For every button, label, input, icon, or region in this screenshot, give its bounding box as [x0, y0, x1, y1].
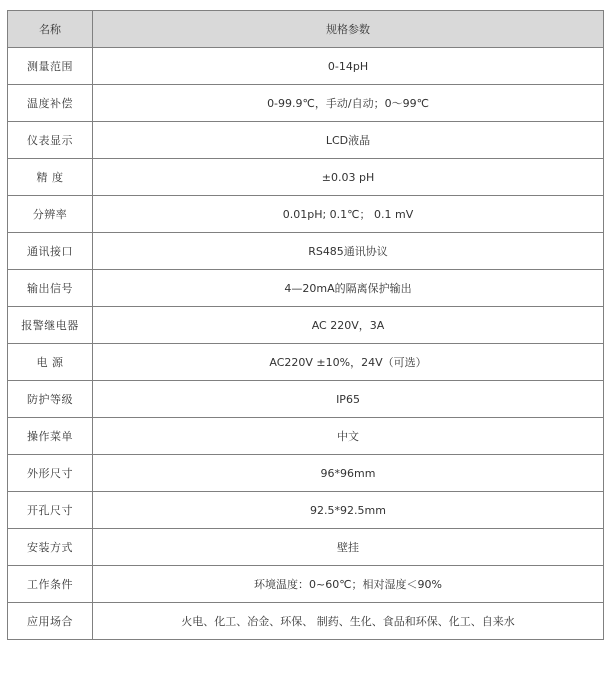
table-row: 报警继电器 AC 220V，3A [8, 307, 604, 344]
table-row: 通讯接口 RS485通讯协议 [8, 233, 604, 270]
row-name-alarm-relay: 报警继电器 [8, 307, 93, 344]
row-name-temp-compensation: 温度补偿 [8, 85, 93, 122]
row-value-menu-language: 中文 [93, 418, 604, 455]
row-value-display: LCD液晶 [93, 122, 604, 159]
row-value-resolution: 0.01pH; 0.1℃； 0.1 mV [93, 196, 604, 233]
row-name-protection-level: 防护等级 [8, 381, 93, 418]
table-row: 安装方式 壁挂 [8, 529, 604, 566]
row-value-temp-compensation: 0-99.9℃，手动/自动；0〜99℃ [93, 85, 604, 122]
row-value-output-signal: 4—20mA的隔离保护输出 [93, 270, 604, 307]
row-name-cutout-size: 开孔尺寸 [8, 492, 93, 529]
table-row: 外形尺寸 96*96mm [8, 455, 604, 492]
table-row: 应用场合 火电、化工、冶金、环保、 制药、生化、食品和环保、化工、自来水 [8, 603, 604, 640]
row-value-cutout-size: 92.5*92.5mm [93, 492, 604, 529]
row-value-measure-range: 0-14pH [93, 48, 604, 85]
row-name-accuracy: 精 度 [8, 159, 93, 196]
table-row: 温度补偿 0-99.9℃，手动/自动；0〜99℃ [8, 85, 604, 122]
header-name: 名称 [8, 11, 93, 48]
table-row: 精 度 ±0.03 pH [8, 159, 604, 196]
table-row: 开孔尺寸 92.5*92.5mm [8, 492, 604, 529]
table-row: 防护等级 IP65 [8, 381, 604, 418]
row-name-installation: 安装方式 [8, 529, 93, 566]
row-name-power: 电 源 [8, 344, 93, 381]
row-value-alarm-relay: AC 220V，3A [93, 307, 604, 344]
table-header-row: 名称 规格参数 [8, 11, 604, 48]
table-row: 仪表显示 LCD液晶 [8, 122, 604, 159]
table-row: 工作条件 环境温度：0~60℃；相对湿度＜90% [8, 566, 604, 603]
row-name-applications: 应用场合 [8, 603, 93, 640]
spec-table: 名称 规格参数 测量范围 0-14pH 温度补偿 0-99.9℃，手动/自动；0… [7, 10, 604, 640]
row-name-display: 仪表显示 [8, 122, 93, 159]
table-row: 电 源 AC220V ±10%，24V（可选） [8, 344, 604, 381]
table-row: 输出信号 4—20mA的隔离保护输出 [8, 270, 604, 307]
header-value: 规格参数 [93, 11, 604, 48]
row-name-working-conditions: 工作条件 [8, 566, 93, 603]
table-row: 操作菜单 中文 [8, 418, 604, 455]
row-value-installation: 壁挂 [93, 529, 604, 566]
row-name-outer-dimensions: 外形尺寸 [8, 455, 93, 492]
row-value-outer-dimensions: 96*96mm [93, 455, 604, 492]
row-name-menu-language: 操作菜单 [8, 418, 93, 455]
row-value-protection-level: IP65 [93, 381, 604, 418]
row-name-resolution: 分辨率 [8, 196, 93, 233]
table-row: 分辨率 0.01pH; 0.1℃； 0.1 mV [8, 196, 604, 233]
row-name-comm-interface: 通讯接口 [8, 233, 93, 270]
row-value-working-conditions: 环境温度：0~60℃；相对湿度＜90% [93, 566, 604, 603]
row-value-accuracy: ±0.03 pH [93, 159, 604, 196]
row-name-measure-range: 测量范围 [8, 48, 93, 85]
row-value-comm-interface: RS485通讯协议 [93, 233, 604, 270]
table-row: 测量范围 0-14pH [8, 48, 604, 85]
row-value-power: AC220V ±10%，24V（可选） [93, 344, 604, 381]
row-name-output-signal: 输出信号 [8, 270, 93, 307]
row-value-applications: 火电、化工、冶金、环保、 制药、生化、食品和环保、化工、自来水 [93, 603, 604, 640]
